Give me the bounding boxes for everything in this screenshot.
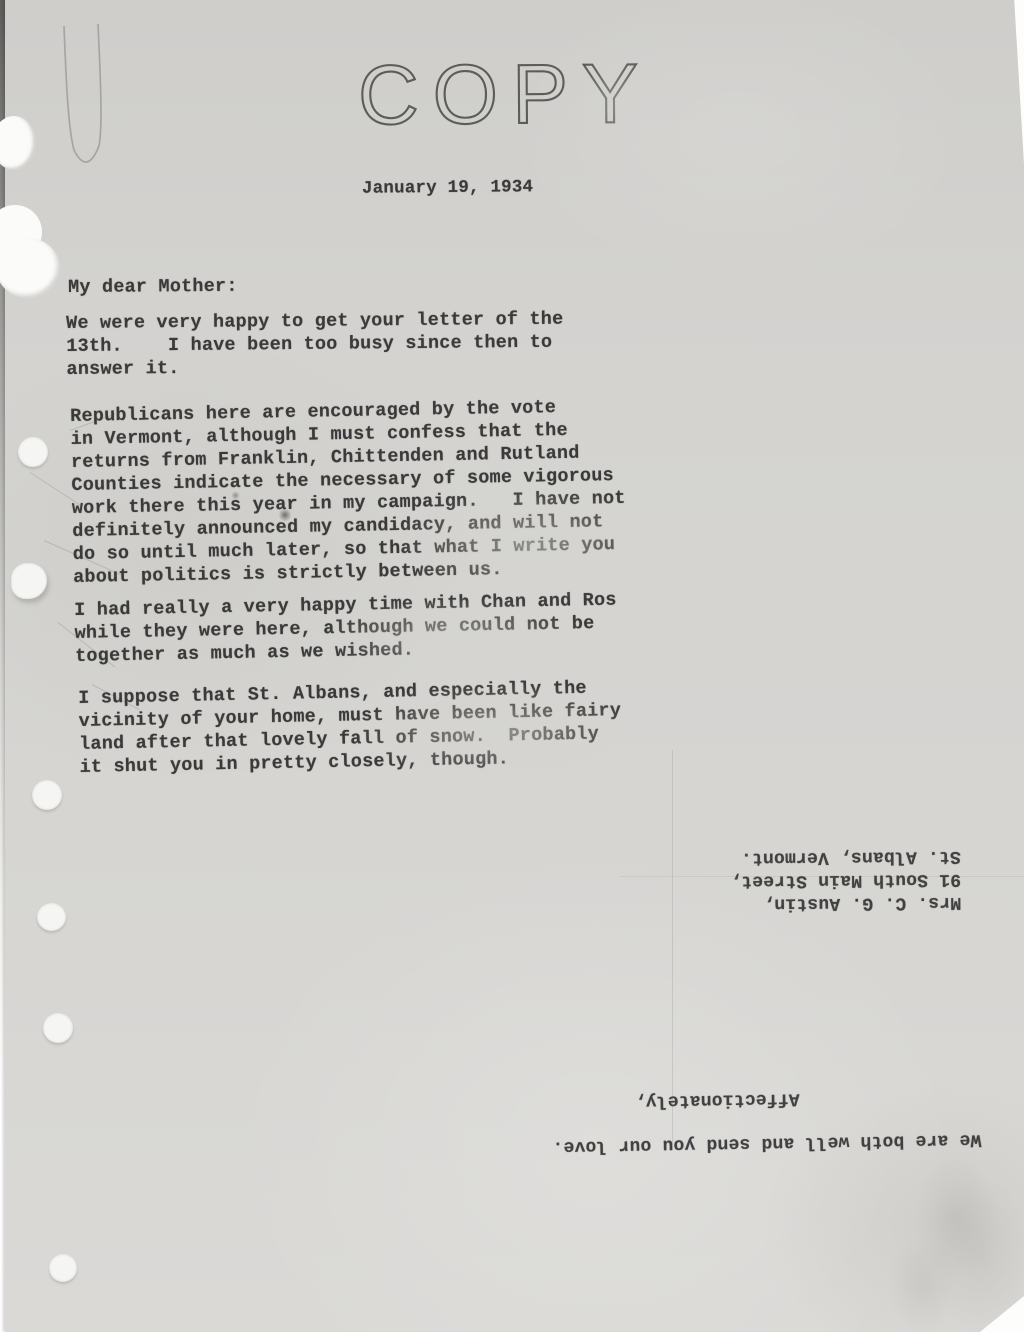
- punch-hole: [43, 1013, 73, 1043]
- date-line: January 19, 1934: [362, 176, 533, 200]
- smudge-stain: [856, 1140, 1024, 1332]
- punch-hole: [37, 903, 66, 931]
- punch-hole: [18, 437, 48, 467]
- paperclip-imprint: [52, 16, 116, 186]
- punch-hole: [32, 780, 62, 810]
- paragraph-2: Republicans here are encouraged by the v…: [70, 395, 627, 589]
- paragraph-3: I had really a very happy time with Chan…: [74, 589, 618, 668]
- signoff-line: Affectionately,: [544, 1086, 799, 1113]
- ink-blot: [279, 508, 291, 522]
- inverted-closing-block: We are both well and send you our love. …: [544, 1083, 981, 1158]
- paragraph-4: I suppose that St. Albans, and especiall…: [78, 676, 622, 779]
- punch-hole: [49, 1254, 77, 1282]
- ink-blot: [231, 491, 240, 500]
- scanned-letter-page: COPY January 19, 1934 My dear Mother: We…: [0, 0, 1024, 1332]
- paragraph-1: We were very happy to get your letter of…: [66, 308, 564, 381]
- inverted-address-block: Mrs. C. G. Austin, 91 South Main Street,…: [727, 844, 962, 915]
- copy-stamp: COPY: [358, 47, 653, 141]
- salutation: My dear Mother:: [68, 275, 238, 299]
